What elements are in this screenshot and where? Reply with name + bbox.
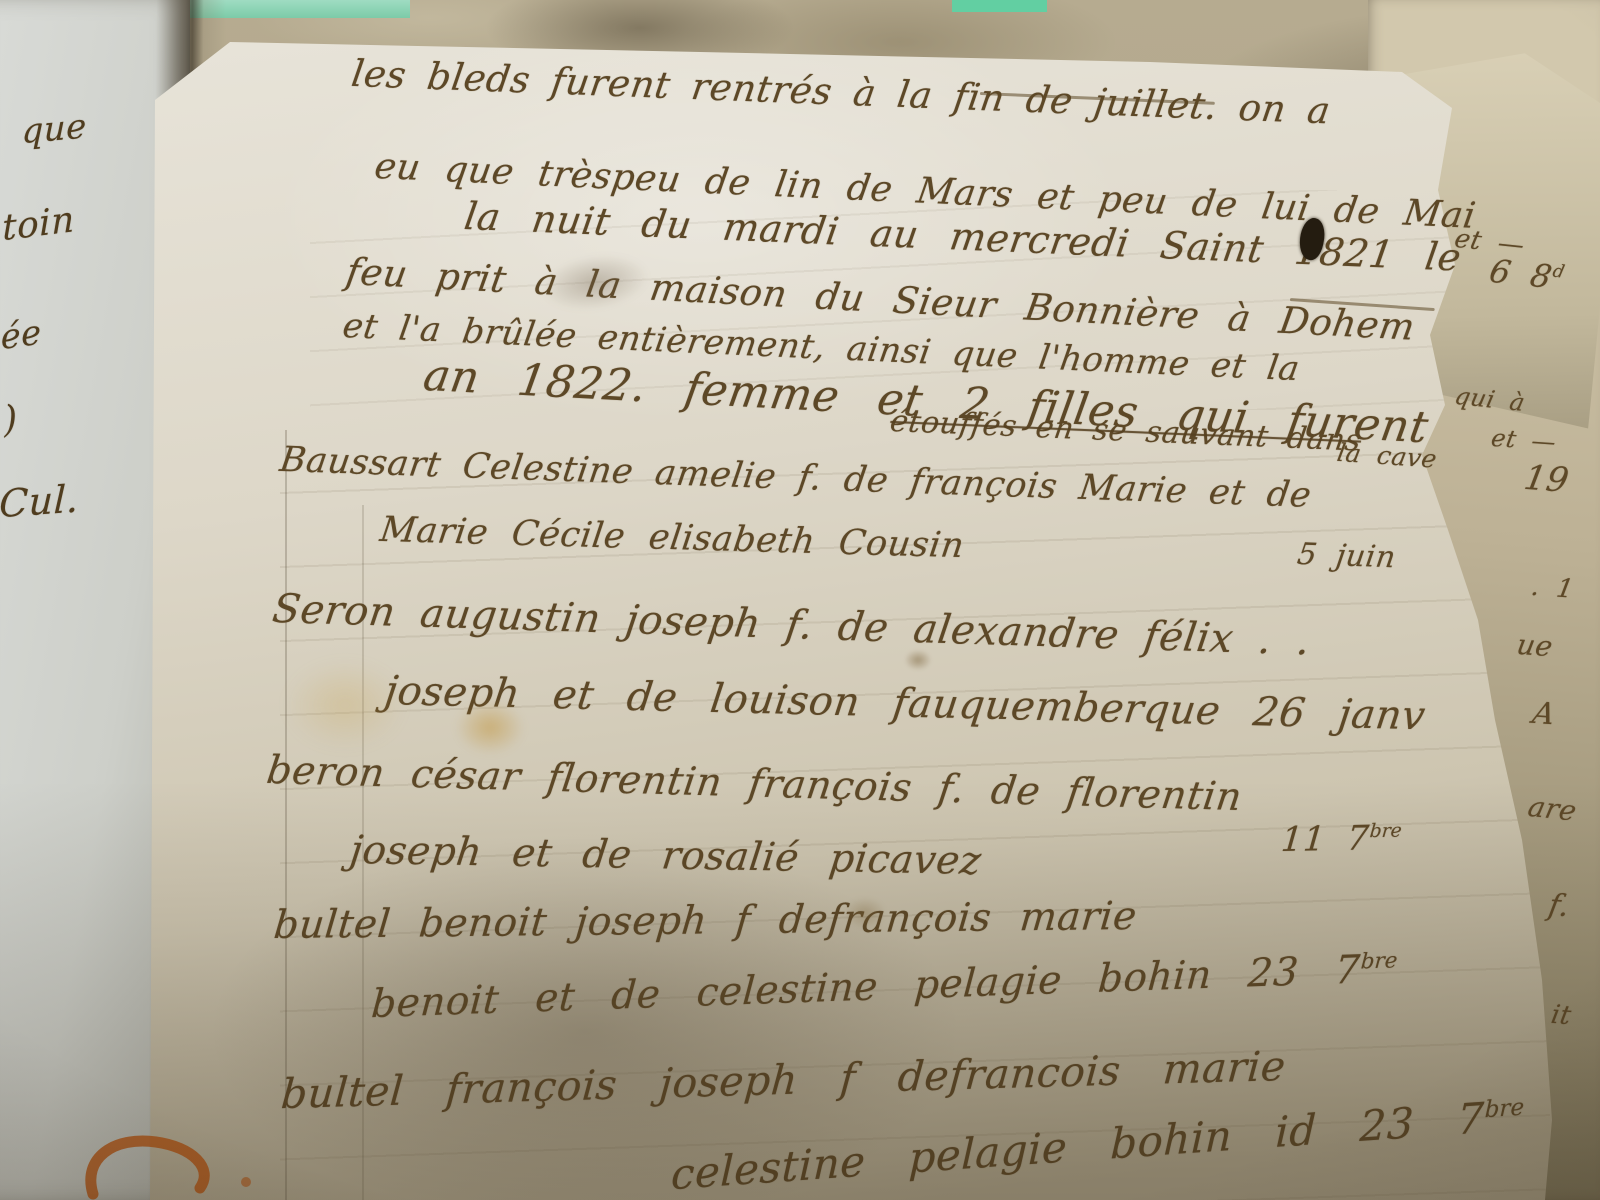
under-page-fragment: . 1 <box>1529 572 1577 605</box>
register-entry-date: 5 juin <box>1295 537 1398 575</box>
red-ink-mark <box>78 1130 288 1200</box>
under-page-fragment: 6 8d <box>1486 252 1567 297</box>
under-page-fragment: ue <box>1514 628 1555 663</box>
left-page-fragment: ée <box>0 312 42 358</box>
left-page-fragment: ) <box>2 397 19 441</box>
under-page-fragment: are <box>1525 790 1580 827</box>
photograph-of-parish-register: et — 6 8d qui à et — 19 . 1 ue A are f. … <box>0 0 1600 1200</box>
left-page-fragment: que <box>21 106 87 152</box>
date-superscript: bre <box>1360 948 1398 974</box>
under-page-fragment: et — <box>1489 424 1558 456</box>
register-entry-line: bultel benoit joseph f defrançois marie <box>272 894 1139 948</box>
fragment-text: 6 8 <box>1486 252 1556 296</box>
under-page-fragment: 19 <box>1521 458 1572 501</box>
date-value: 11 7 <box>1279 818 1370 860</box>
background-teal-strip <box>952 0 1047 12</box>
date-superscript: bre <box>1369 821 1403 843</box>
left-page-fragment: Cul. <box>0 476 80 526</box>
date-superscript: bre <box>1484 1094 1524 1123</box>
register-entry-date: 11 7bre <box>1279 818 1402 860</box>
